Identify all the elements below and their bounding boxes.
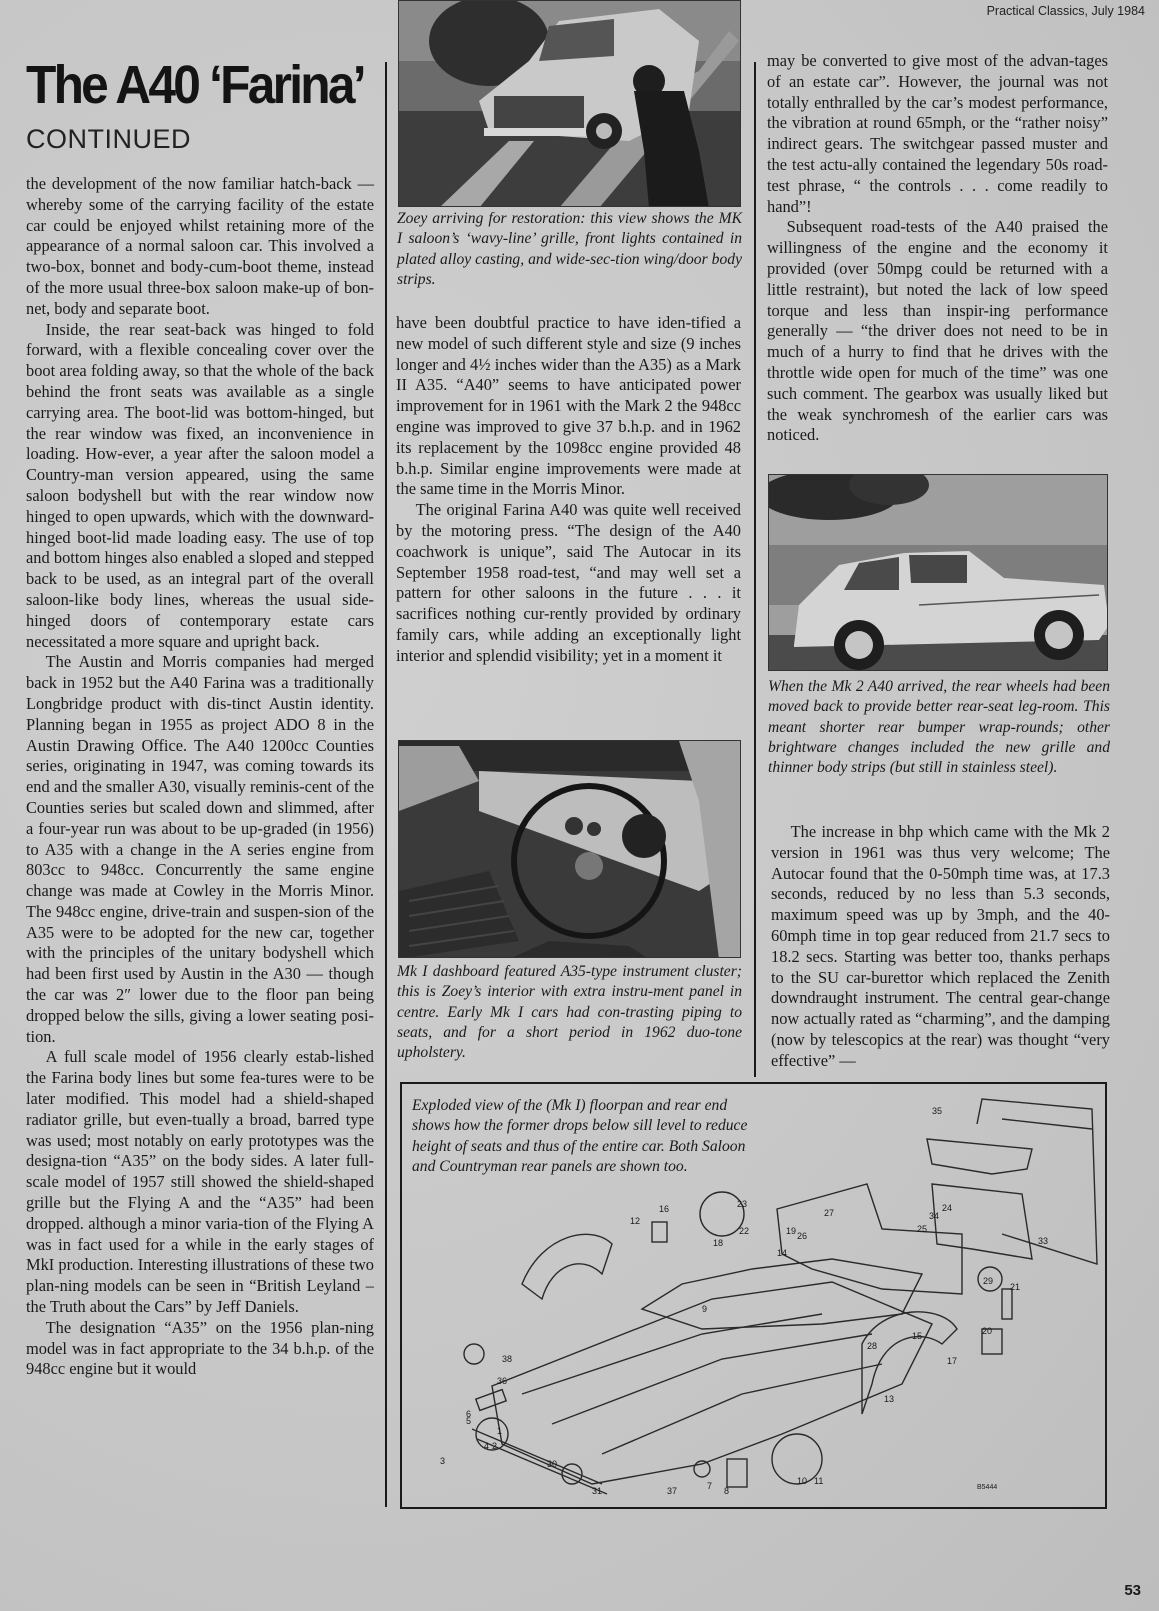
svg-text:6: 6 xyxy=(466,1409,471,1419)
svg-text:7: 7 xyxy=(707,1481,712,1491)
svg-text:12: 12 xyxy=(630,1216,640,1226)
paragraph: Subsequent road-tests of the A40 praised… xyxy=(767,217,1108,446)
svg-text:30: 30 xyxy=(547,1459,557,1469)
column-1: the development of the now familiar hatc… xyxy=(26,174,374,1380)
car-on-ramp-image xyxy=(399,1,741,207)
svg-text:37: 37 xyxy=(667,1486,677,1496)
svg-text:38: 38 xyxy=(502,1354,512,1364)
svg-text:33: 33 xyxy=(1038,1236,1048,1246)
paragraph: have been doubtful practice to have iden… xyxy=(396,313,741,500)
photo-caption-dashboard: Mk I dashboard featured A35-type instrum… xyxy=(397,962,742,1063)
mk2-side-image xyxy=(769,475,1108,671)
paragraph: The original Farina A40 was quite well r… xyxy=(396,500,741,666)
column-3-top: may be converted to give most of the adv… xyxy=(767,51,1108,446)
svg-text:35: 35 xyxy=(932,1106,942,1116)
exploded-diagram-box: Exploded view of the (Mk I) floorpan and… xyxy=(400,1082,1107,1509)
svg-text:18: 18 xyxy=(713,1238,723,1248)
svg-text:1: 1 xyxy=(497,1426,502,1436)
svg-text:25: 25 xyxy=(917,1224,927,1234)
photo-caption-ramp: Zoey arriving for restoration: this view… xyxy=(397,209,742,290)
svg-text:16: 16 xyxy=(659,1204,669,1214)
floorpan-exploded-diagram: 1234 5678 9101112 13141516 17181920 2122… xyxy=(402,1084,1105,1507)
paragraph: A full scale model of 1956 clearly estab… xyxy=(26,1047,374,1317)
svg-text:11: 11 xyxy=(814,1476,823,1486)
running-head: Practical Classics, July 1984 xyxy=(987,4,1145,18)
svg-text:8: 8 xyxy=(724,1486,729,1496)
photo-dashboard xyxy=(398,740,741,958)
svg-text:14: 14 xyxy=(777,1248,787,1258)
svg-text:10: 10 xyxy=(797,1476,807,1486)
svg-text:28: 28 xyxy=(867,1341,877,1351)
paragraph: Inside, the rear seat-back was hinged to… xyxy=(26,320,374,653)
svg-text:22: 22 xyxy=(739,1226,749,1236)
article-subhead: CONTINUED xyxy=(26,124,191,155)
svg-text:21: 21 xyxy=(1010,1282,1020,1292)
svg-text:26: 26 xyxy=(797,1231,807,1241)
svg-text:23: 23 xyxy=(737,1199,747,1209)
column-rule-left xyxy=(385,62,387,1507)
photo-mk2-side-view xyxy=(768,474,1108,671)
column-2: have been doubtful practice to have iden… xyxy=(396,313,741,667)
paragraph: The Austin and Morris companies had merg… xyxy=(26,652,374,1047)
page-number: 53 xyxy=(1124,1582,1141,1599)
column-3-bottom: The increase in bhp which came with the … xyxy=(771,822,1110,1072)
svg-text:31: 31 xyxy=(592,1486,602,1496)
svg-text:13: 13 xyxy=(884,1394,894,1404)
svg-text:29: 29 xyxy=(983,1276,993,1286)
dashboard-image xyxy=(399,741,741,958)
svg-text:36: 36 xyxy=(497,1376,507,1386)
paragraph: The increase in bhp which came with the … xyxy=(771,822,1110,1072)
paragraph: may be converted to give most of the adv… xyxy=(767,51,1108,217)
svg-text:3: 3 xyxy=(440,1456,445,1466)
svg-text:17: 17 xyxy=(947,1356,957,1366)
part-number-labels: 1234 5678 9101112 13141516 17181920 2122… xyxy=(440,1106,1048,1496)
svg-text:2: 2 xyxy=(492,1441,497,1451)
svg-text:20: 20 xyxy=(982,1326,992,1336)
paragraph: The designation “A35” on the 1956 plan-n… xyxy=(26,1318,374,1380)
photo-caption-mk2: When the Mk 2 A40 arrived, the rear whee… xyxy=(768,677,1110,778)
svg-text:27: 27 xyxy=(824,1208,834,1218)
photo-car-on-ramp xyxy=(398,0,741,207)
column-rule-right xyxy=(754,62,756,1077)
svg-text:19: 19 xyxy=(786,1226,796,1236)
svg-text:9: 9 xyxy=(702,1304,707,1314)
paragraph: the development of the now familiar hatc… xyxy=(26,174,374,320)
article-headline: The A40 ‘Farina’ xyxy=(26,58,357,112)
svg-text:4: 4 xyxy=(484,1441,489,1451)
svg-text:B5444: B5444 xyxy=(977,1484,997,1491)
svg-text:34: 34 xyxy=(929,1211,939,1221)
svg-text:15: 15 xyxy=(912,1331,922,1341)
svg-text:24: 24 xyxy=(942,1203,952,1213)
